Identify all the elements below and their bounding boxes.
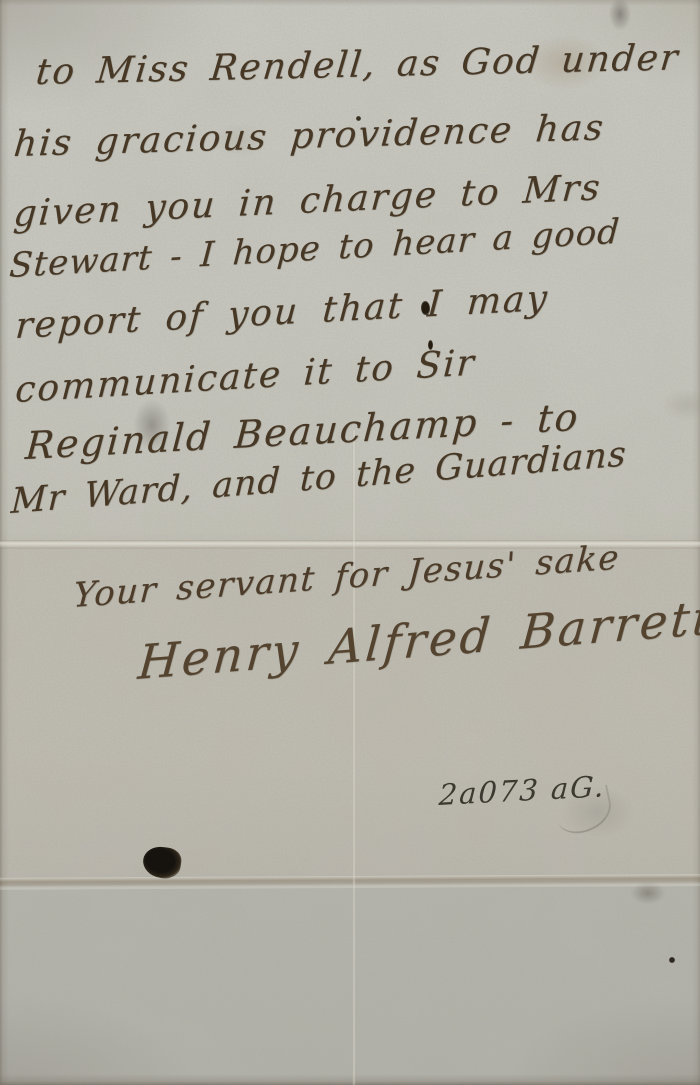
letter-page: to Miss Rendell, as God under his gracio…: [0, 0, 700, 1085]
letter-line-5: report of you that I may: [14, 278, 550, 347]
ink-speck: [428, 340, 433, 350]
fold-crease-vertical: [352, 430, 356, 1085]
letter-line-6: communicate it to Sir: [14, 342, 477, 411]
ink-speck: [669, 957, 675, 963]
letter-line-1: to Miss Rendell, as God under: [34, 37, 681, 93]
ink-speck: [421, 301, 430, 315]
ink-speck: [356, 116, 361, 121]
letter-line-2: his gracious providence has: [12, 107, 607, 165]
fold-crease-lower: [0, 874, 700, 890]
ink-blot: [141, 845, 183, 881]
